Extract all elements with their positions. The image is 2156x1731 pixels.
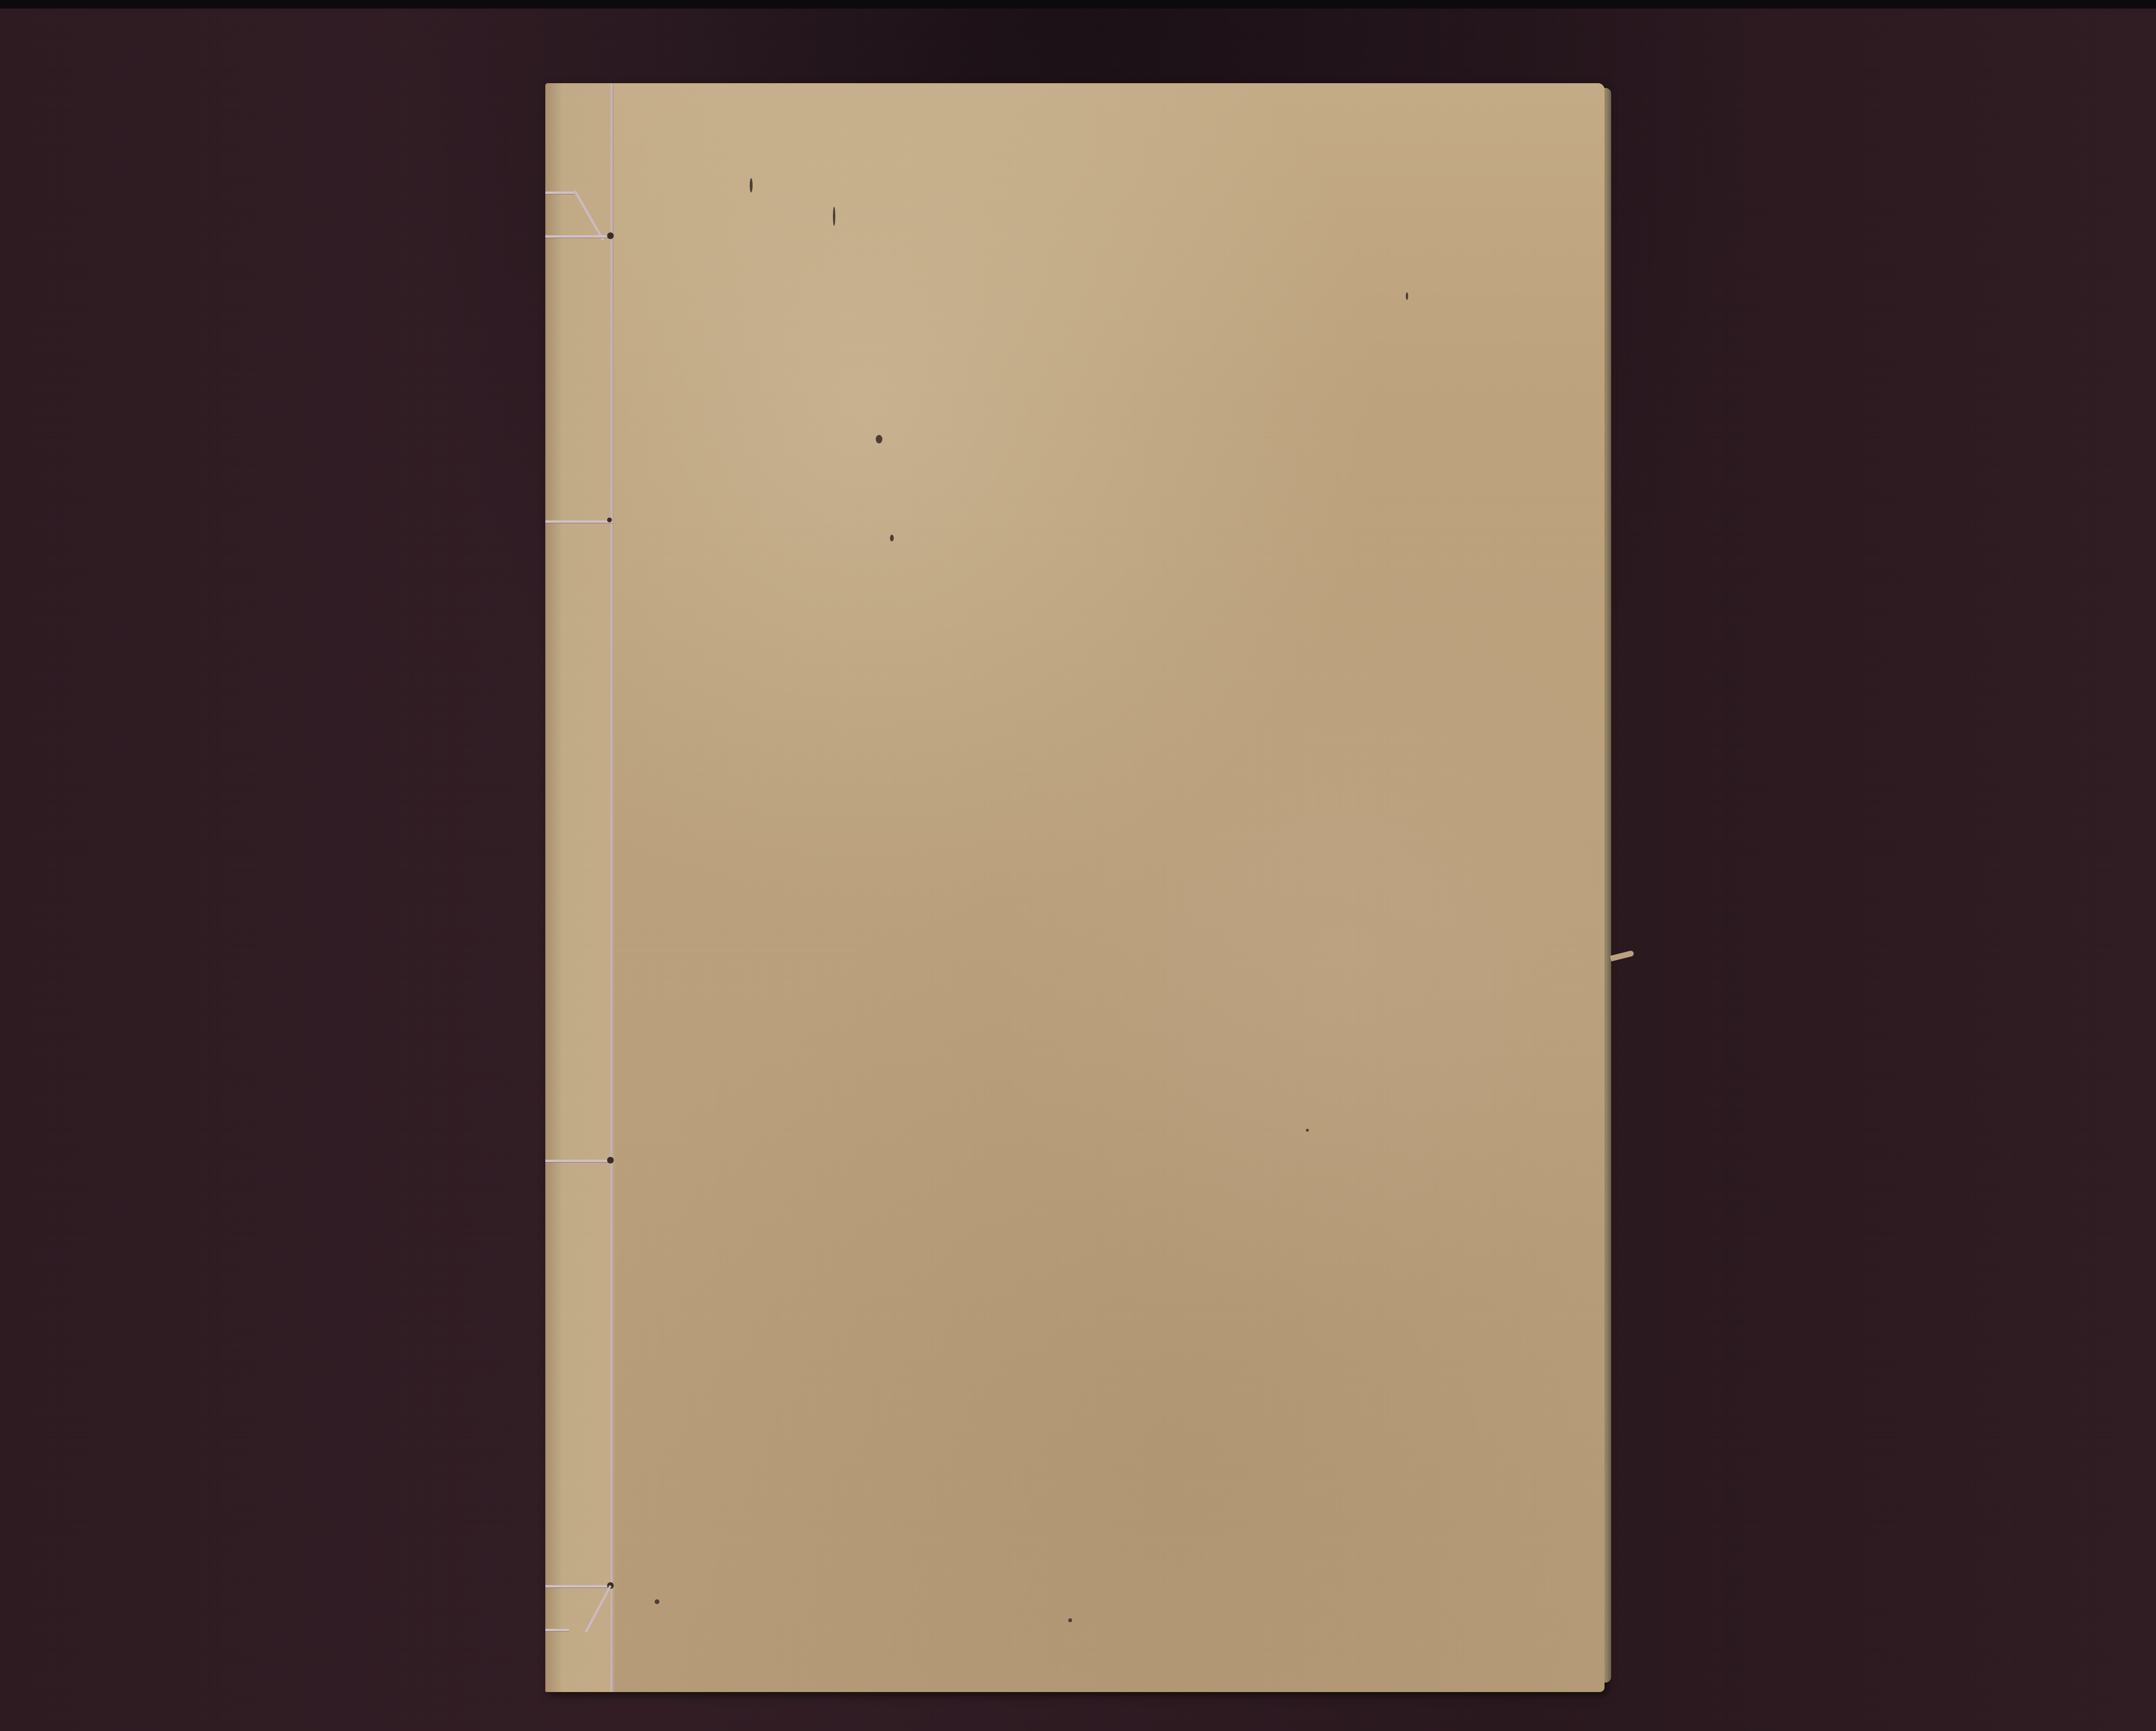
book — [545, 83, 1605, 1692]
blemish — [750, 178, 753, 192]
stitch-top-corner — [545, 192, 574, 194]
stitch-bottom-corner — [545, 1629, 569, 1631]
blemish — [1406, 292, 1408, 300]
spine-thread — [610, 83, 613, 1692]
blemish — [833, 207, 835, 226]
blemish — [655, 1599, 659, 1604]
stitch-2 — [545, 520, 613, 523]
book-spine-band — [545, 83, 614, 1692]
photo-background — [0, 0, 2156, 1731]
stitch-knot-2 — [607, 518, 612, 522]
scanner-edge — [0, 0, 2156, 9]
stitch-4 — [545, 1585, 613, 1587]
blemish — [890, 535, 894, 541]
stitch-1 — [545, 235, 613, 238]
paper-tab — [1610, 950, 1634, 962]
blemish — [1306, 1129, 1309, 1132]
stitch-3 — [545, 1160, 613, 1162]
book-cover — [545, 83, 1605, 1692]
stitch-knot-3 — [607, 1157, 614, 1164]
blemish — [876, 435, 882, 443]
stitch-knot-1 — [607, 232, 614, 239]
blemish — [1068, 1618, 1072, 1622]
